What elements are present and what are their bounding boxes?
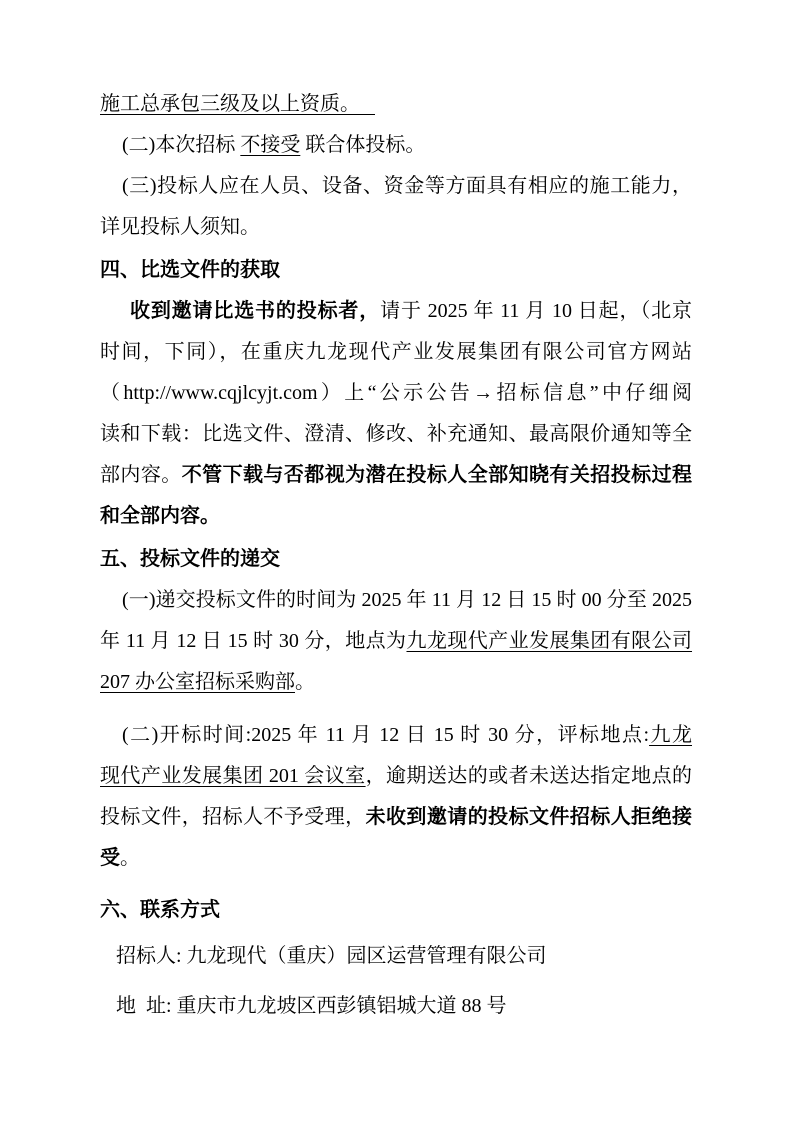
text-run: 联合体投标。	[300, 134, 425, 156]
opening-line-4: 受。	[100, 838, 692, 879]
section-5-heading: 五、投标文件的递交	[100, 539, 692, 580]
text-run: 地 址: 重庆市九龙坡区西彭镇铝城大道 88 号	[116, 995, 507, 1017]
text-run: ，逾期送达的或者未送达指定地点的	[366, 765, 692, 787]
text-run: 五、投标文件的递交	[100, 548, 280, 570]
text-run: 请于 2025 年 11 月 10 日起，（北京	[380, 300, 692, 322]
text-run: 不管下载与否都视为潜在投标人全部知晓有关招投标过程	[182, 464, 692, 486]
text-run: (二)开标时间:2025 年 11 月 12 日 15 时 30 分，评标地点:	[122, 724, 649, 746]
text-run: 现代产业发展集团 201 会议室	[100, 765, 366, 787]
submission-line-1: (一)递交投标文件的时间为 2025 年 11 月 12 日 15 时 00 分…	[100, 580, 692, 621]
text-run: 和全部内容。	[100, 505, 220, 527]
text-run: 受	[100, 847, 120, 869]
opening-line-2: 现代产业发展集团 201 会议室，逾期送达的或者未送达指定地点的	[100, 756, 692, 797]
text-run: (一)递交投标文件的时间为 2025 年 11 月 12 日 15 时 00 分…	[122, 589, 692, 611]
text-run: 九龙现代产业发展集团有限公司	[406, 630, 692, 652]
acquisition-line-6: 和全部内容。	[100, 496, 692, 537]
acquisition-line-3-website: （http://www.cqjlcyjt.com）上“公示公告→招标信息”中仔细…	[100, 373, 692, 414]
text-run: 207 办公室招标采购部	[100, 671, 295, 693]
text-run: 时间，下同），在重庆九龙现代产业发展集团有限公司官方网站	[100, 341, 692, 363]
capability-clause-line-2: 详见投标人须知。	[100, 207, 692, 248]
text-run: 不接受	[240, 134, 300, 156]
contact-tenderer-line: 招标人: 九龙现代（重庆）园区运营管理有限公司	[100, 936, 692, 977]
acquisition-line-4: 读和下载：比选文件、澄清、修改、补充通知、最高限价通知等全	[100, 414, 692, 455]
text-run: 四、比选文件的获取	[100, 259, 280, 281]
text-run: (二)本次招标	[122, 134, 240, 156]
text-run: 招标人: 九龙现代（重庆）园区运营管理有限公司	[116, 945, 547, 967]
text-run: 施工总承包三级及以上资质。	[100, 93, 375, 115]
text-run: 读和下载：比选文件、澄清、修改、补充通知、最高限价通知等全	[100, 423, 692, 445]
text-run: (三)投标人应在人员、设备、资金等方面具有相应的施工能力，	[122, 175, 692, 197]
consortium-clause-line: (二)本次招标 不接受 联合体投标。	[100, 125, 692, 166]
opening-line-1: (二)开标时间:2025 年 11 月 12 日 15 时 30 分，评标地点:…	[100, 715, 692, 756]
text-run: 。	[295, 671, 315, 693]
text-run: 详见投标人须知。	[100, 216, 260, 238]
document-page: 施工总承包三级及以上资质。 (二)本次招标 不接受 联合体投标。(三)投标人应在…	[0, 0, 793, 1122]
text-run: 年 11 月 12 日 15 时 30 分，地点为	[100, 630, 406, 652]
section-4-heading: 四、比选文件的获取	[100, 250, 692, 291]
acquisition-line-1: 收到邀请比选书的投标者，请于 2025 年 11 月 10 日起，（北京	[100, 291, 692, 332]
section-6-heading: 六、联系方式	[100, 890, 692, 931]
opening-line-3: 投标文件，招标人不予受理，未收到邀请的投标文件招标人拒绝接	[100, 797, 692, 838]
submission-line-3: 207 办公室招标采购部。	[100, 662, 692, 703]
acquisition-line-2: 时间，下同），在重庆九龙现代产业发展集团有限公司官方网站	[100, 332, 692, 373]
text-run: 六、联系方式	[100, 899, 220, 921]
text-run: 。	[120, 847, 140, 869]
capability-clause-line-1: (三)投标人应在人员、设备、资金等方面具有相应的施工能力，	[100, 166, 692, 207]
text-run: （http://www.cqjlcyjt.com）上“公示公告→招标信息”中仔细…	[100, 382, 692, 404]
text-run: 收到邀请比选书的投标者，	[130, 300, 380, 322]
text-run: 投标文件，招标人不予受理，	[100, 806, 366, 828]
contact-address-line: 地 址: 重庆市九龙坡区西彭镇铝城大道 88 号	[100, 986, 692, 1027]
text-run: 部内容。	[100, 464, 182, 486]
qualification-continuation-line: 施工总承包三级及以上资质。	[100, 84, 692, 125]
acquisition-line-5: 部内容。不管下载与否都视为潜在投标人全部知晓有关招投标过程	[100, 455, 692, 496]
submission-line-2: 年 11 月 12 日 15 时 30 分，地点为九龙现代产业发展集团有限公司	[100, 621, 692, 662]
text-run: 九龙	[649, 724, 692, 746]
text-run: 未收到邀请的投标文件招标人拒绝接	[366, 806, 692, 828]
